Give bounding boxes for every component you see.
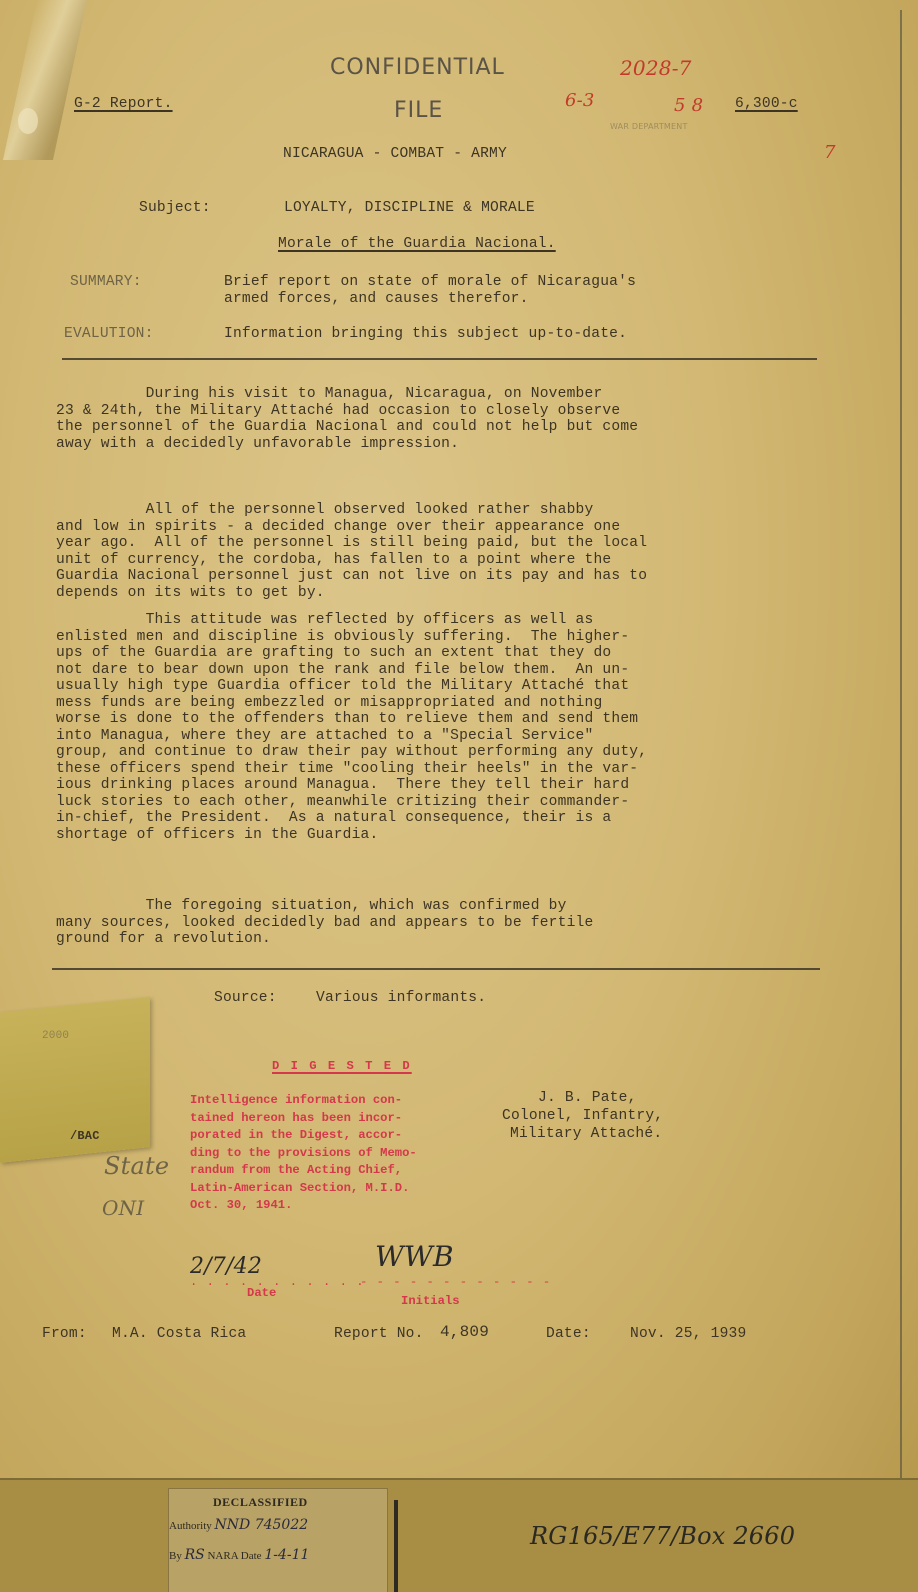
source-value: Various informants. bbox=[316, 990, 486, 1007]
body-line: not dare to bear down upon the rank and … bbox=[56, 662, 629, 679]
digested-stamp-line: randum from the Acting Chief, bbox=[190, 1162, 402, 1179]
subject-label: Subject: bbox=[139, 200, 211, 217]
by-line: By RS NARA Date 1-4-11 bbox=[169, 1547, 309, 1563]
body-line: mess funds are being embezzled or misapp… bbox=[56, 695, 602, 712]
from-label: From: bbox=[42, 1326, 87, 1343]
archive-reference: RG165/E77/Box 2660 bbox=[530, 1528, 795, 1545]
body-line: The foregoing situation, which was confi… bbox=[56, 898, 567, 915]
body-line: depends on its wits to get by. bbox=[56, 585, 325, 602]
summary-line-1: Brief report on state of morale of Nicar… bbox=[224, 274, 636, 291]
date-label-footer: Date: bbox=[546, 1326, 591, 1343]
handwritten-margin-mark: 7 bbox=[824, 144, 836, 161]
body-line: in-chief, the President. As a natural co… bbox=[56, 810, 611, 827]
signature-rank: Colonel, Infantry, bbox=[502, 1108, 663, 1125]
body-line: group, and continue to draw their pay wi… bbox=[56, 744, 647, 761]
authority-value: NND 745022 bbox=[215, 1517, 309, 1533]
source-label: Source: bbox=[214, 990, 277, 1007]
page-fold bbox=[3, 0, 87, 160]
body-line: Guardia Nacional personnel just can not … bbox=[56, 568, 647, 585]
summary-line-2: armed forces, and causes therefor. bbox=[224, 291, 529, 308]
by-value: RS bbox=[185, 1547, 205, 1563]
signature-name: J. B. Pate, bbox=[538, 1090, 637, 1107]
digested-stamp-line: tained hereon has been incor- bbox=[190, 1110, 402, 1127]
sticky-number: 2000 bbox=[42, 1028, 69, 1045]
header-divider bbox=[62, 358, 817, 360]
handwritten-code-right: 5 8 bbox=[674, 97, 703, 114]
punch-hole bbox=[18, 108, 38, 134]
digested-stamp-line: Latin-American Section, M.I.D. bbox=[190, 1180, 409, 1197]
confidential-stamp: CONFIDENTIAL bbox=[330, 55, 505, 80]
initials-dotted-line: - - - - - - - - - - - - bbox=[360, 1274, 551, 1291]
page-edge bbox=[900, 10, 902, 1490]
body-line: into Managua, where they are attached to… bbox=[56, 728, 593, 745]
faint-war-department-stamp: WAR DEPARTMENT bbox=[610, 118, 688, 135]
digested-stamp-line: Oct. 30, 1941. bbox=[190, 1197, 292, 1214]
declass-date-value: 1-4-11 bbox=[264, 1547, 309, 1563]
evaluation-value: Information bringing this subject up-to-… bbox=[224, 326, 627, 343]
body-line: year ago. All of the personnel is still … bbox=[56, 535, 647, 552]
report-number-value: 4,809 bbox=[440, 1324, 489, 1341]
body-line: the personnel of the Guardia Nacional an… bbox=[56, 419, 638, 436]
body-line: During his visit to Managua, Nicaragua, … bbox=[56, 386, 602, 403]
report-type: G-2 Report. bbox=[74, 96, 173, 113]
file-number: 6,300-c bbox=[735, 96, 798, 113]
authority-line: Authority NND 745022 bbox=[169, 1517, 308, 1533]
declassified-title: DECLASSIFIED bbox=[213, 1495, 308, 1510]
report-title: Morale of the Guardia Nacional. bbox=[278, 236, 556, 253]
report-number-label: Report No. bbox=[334, 1326, 424, 1343]
declass-date-label: Date bbox=[241, 1550, 262, 1562]
handwritten-digest-date: 2/7/42 bbox=[190, 1258, 262, 1275]
body-line: ups of the Guardia are grafting to such … bbox=[56, 645, 611, 662]
from-value: M.A. Costa Rica bbox=[112, 1326, 246, 1343]
body-line: 23 & 24th, the Military Attaché had occa… bbox=[56, 403, 620, 420]
sticky-code: /BAC bbox=[70, 1128, 100, 1145]
date-label: Date bbox=[247, 1285, 276, 1302]
body-line: worse is done to the offenders than to r… bbox=[56, 711, 638, 728]
agency-label: NARA bbox=[207, 1550, 238, 1562]
body-line: enlisted men and discipline is obviously… bbox=[56, 629, 629, 646]
routing-note-state: State bbox=[104, 1158, 169, 1175]
body-line: unit of currency, the cordoba, has falle… bbox=[56, 552, 611, 569]
declassified-stamp: DECLASSIFIED Authority NND 745022 By RS … bbox=[168, 1488, 388, 1592]
body-line: many sources, looked decidedly bad and a… bbox=[56, 915, 593, 932]
handwritten-file-code: 2028-7 bbox=[620, 60, 692, 77]
digested-stamp-title: D I G E S T E D bbox=[272, 1058, 412, 1075]
folder-divider-line bbox=[394, 1500, 398, 1592]
digested-stamp-line: Intelligence information con- bbox=[190, 1092, 402, 1109]
body-line: ious drinking places around Managua. The… bbox=[56, 777, 629, 794]
body-line: All of the personnel observed looked rat… bbox=[56, 502, 593, 519]
signature-title: Military Attaché. bbox=[510, 1126, 662, 1143]
routing-note-oni: ONI bbox=[102, 1200, 144, 1217]
classification-line: NICARAGUA - COMBAT - ARMY bbox=[283, 146, 507, 163]
body-line: usually high type Guardia officer told t… bbox=[56, 678, 629, 695]
subject-value: LOYALTY, DISCIPLINE & MORALE bbox=[284, 200, 535, 217]
authority-label: Authority bbox=[169, 1520, 212, 1532]
report-date: Nov. 25, 1939 bbox=[630, 1326, 746, 1343]
handwritten-code-left: 6-3 bbox=[565, 92, 595, 109]
handwritten-initials: WWB bbox=[375, 1248, 454, 1265]
body-line: away with a decidedly unfavorable impres… bbox=[56, 436, 459, 453]
digested-stamp-line: porated in the Digest, accor- bbox=[190, 1127, 402, 1144]
by-label: By bbox=[169, 1550, 182, 1562]
digested-stamp-line: ding to the provisions of Memo- bbox=[190, 1145, 417, 1162]
body-line: shortage of officers in the Guardia. bbox=[56, 827, 378, 844]
body-line: these officers spend their time "cooling… bbox=[56, 761, 638, 778]
initials-label: Initials bbox=[401, 1293, 460, 1310]
evaluation-label: EVALUTION: bbox=[64, 326, 154, 343]
body-line: ground for a revolution. bbox=[56, 931, 271, 948]
document-page: CONFIDENTIAL FILE G-2 Report. 6,300-c 20… bbox=[0, 0, 918, 1592]
body-line: luck stories to each other, meanwhile cr… bbox=[56, 794, 629, 811]
date-dotted-line: . . . . . . . . . . . bbox=[190, 1274, 365, 1291]
body-divider bbox=[52, 968, 820, 970]
summary-label: SUMMARY: bbox=[70, 274, 142, 291]
body-line: and low in spirits - a decided change ov… bbox=[56, 519, 620, 536]
file-stamp: FILE bbox=[394, 98, 443, 123]
body-line: This attitude was reflected by officers … bbox=[56, 612, 593, 629]
